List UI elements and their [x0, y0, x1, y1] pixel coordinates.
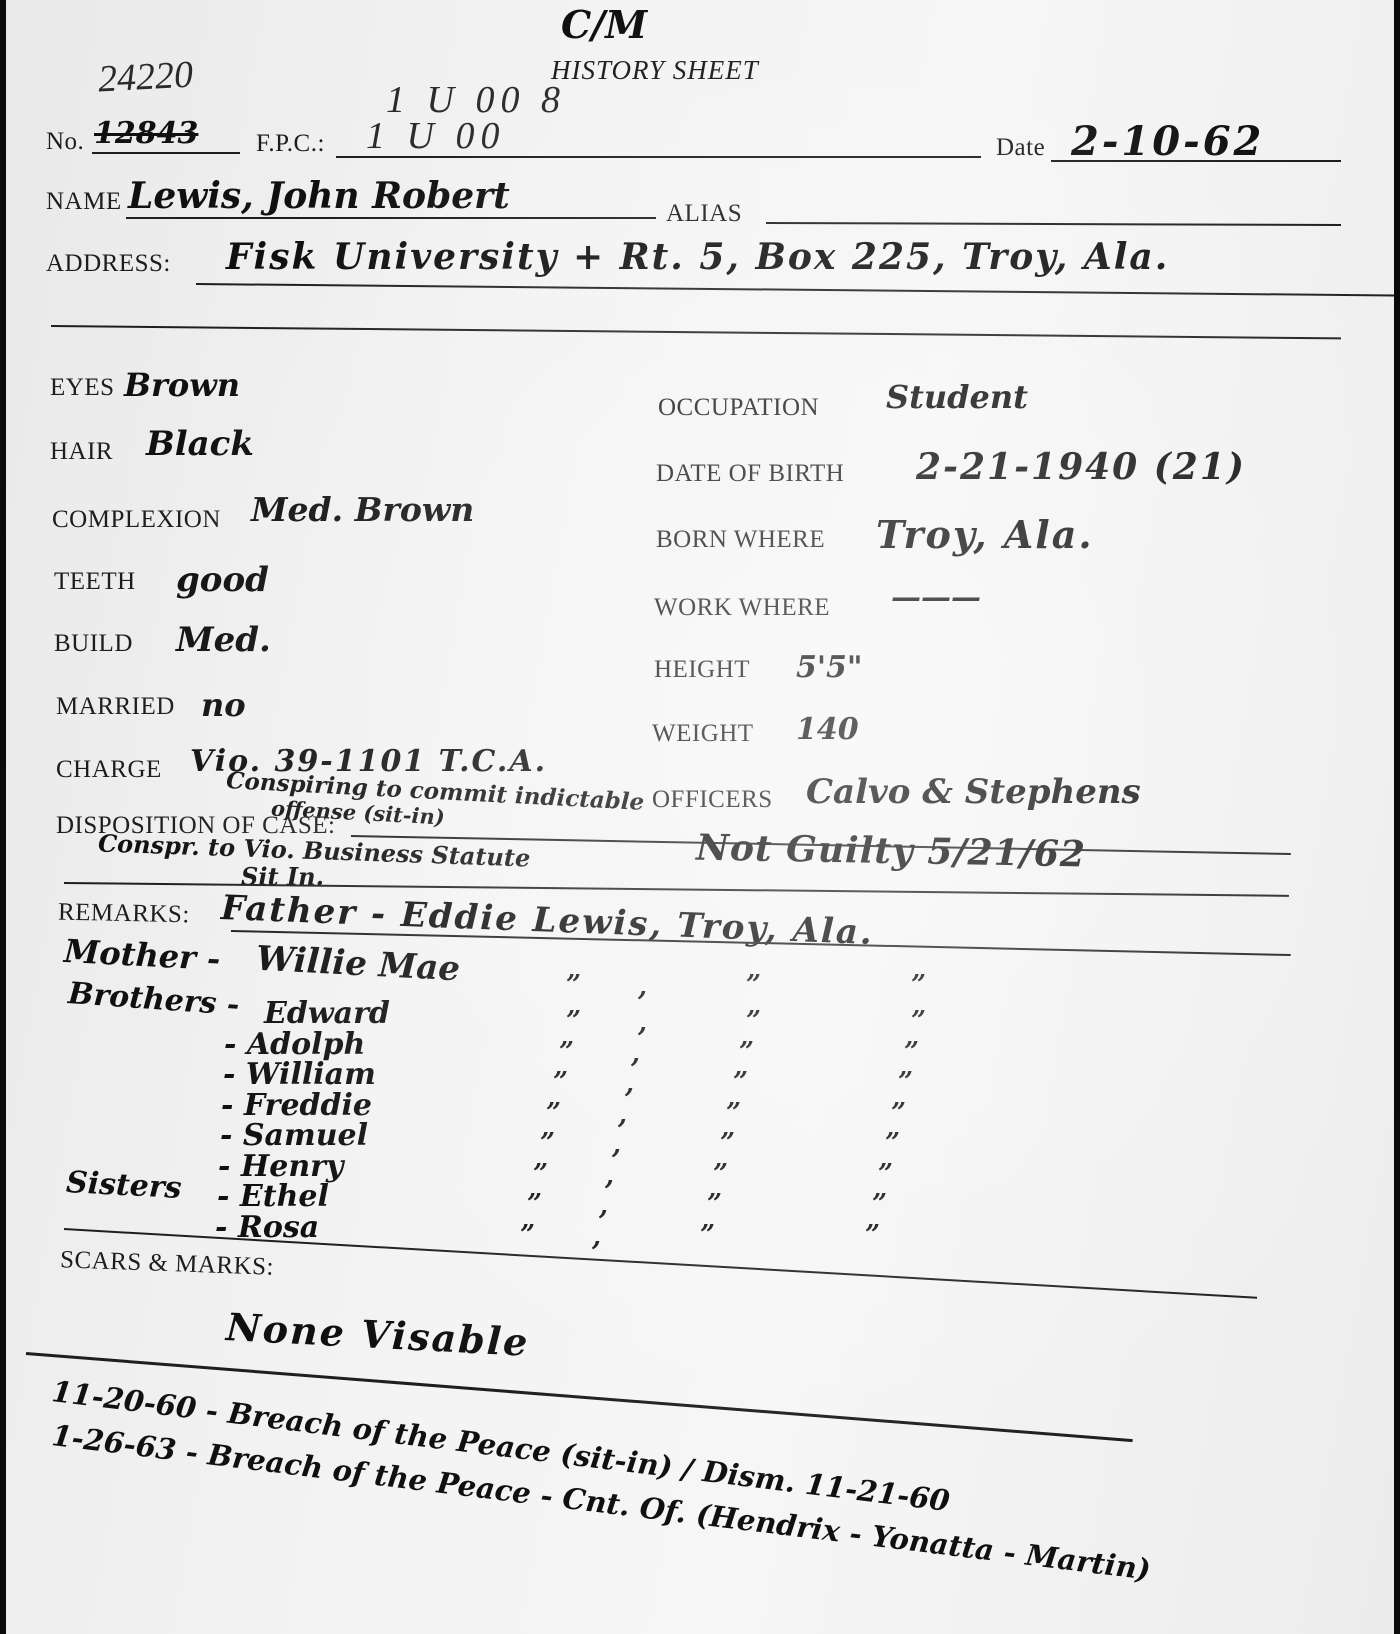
fpc-label: F.P.C.:	[256, 130, 325, 158]
married-value: no	[201, 686, 246, 724]
ditto-mark: ”	[566, 970, 581, 1000]
ditto-comma: ,	[631, 1039, 640, 1069]
ditto-mark: ”	[733, 1067, 748, 1097]
no-label: No.	[46, 128, 84, 156]
address-value: Fisk University + Rt. 5, Box 225, Troy, …	[226, 236, 1169, 278]
ditto-mark: ”	[872, 1189, 887, 1219]
dob-value: 2-21-1940 (21)	[916, 446, 1246, 488]
remarks-sisters-label: Sisters	[65, 1165, 182, 1206]
officers-label: OFFICERS	[652, 786, 773, 814]
scars-marks-label: SCARS & MARKS:	[60, 1246, 275, 1281]
complexion-label: COMPLEXION	[52, 506, 221, 534]
fpc-line-2: 1 U 00	[366, 114, 505, 158]
ditto-mark: ”	[911, 970, 926, 1000]
ditto-mark: ”	[546, 1098, 561, 1128]
name-value: Lewis, John Robert	[128, 175, 510, 217]
ditto-comma: ,	[638, 1008, 647, 1038]
eyes-label: EYES	[50, 374, 115, 402]
work-where-value: ———	[891, 580, 981, 615]
officers-value: Calvo & Stephens	[806, 772, 1141, 812]
ditto-mark: ”	[746, 970, 761, 1000]
occupation-value: Student	[886, 378, 1028, 416]
ditto-mark: ”	[700, 1220, 715, 1250]
occupation-label: OCCUPATION	[658, 394, 819, 422]
record-number-struck: 12843	[94, 116, 198, 151]
name-label: NAME	[46, 188, 122, 216]
teeth-value: good	[176, 560, 269, 600]
ditto-mark: ”	[559, 1037, 574, 1067]
work-where-label: WORK WHERE	[654, 594, 830, 622]
ditto-comma: ,	[592, 1222, 601, 1252]
ditto-comma: ,	[618, 1100, 627, 1130]
corner-mark: C/M	[561, 2, 647, 47]
remarks-mother-name: Willie Mae	[255, 939, 461, 990]
ditto-mark: ”	[540, 1128, 555, 1158]
build-value: Med.	[176, 620, 271, 660]
verdict-value: Not Guilty 5/21/62	[696, 827, 1087, 876]
alias-label: ALIAS	[666, 200, 742, 228]
remarks-label: REMARKS:	[58, 899, 190, 930]
weight-value: 140	[796, 712, 859, 747]
born-where-label: BORN WHERE	[656, 526, 825, 554]
ditto-mark: ”	[739, 1037, 754, 1067]
dob-label: DATE OF BIRTH	[656, 460, 844, 488]
ditto-mark: ”	[898, 1067, 913, 1097]
complexion-value: Med. Brown	[251, 490, 474, 529]
date-value: 2-10-62	[1071, 118, 1264, 165]
height-label: HEIGHT	[654, 656, 750, 684]
ditto-comma: ,	[625, 1069, 634, 1099]
build-label: BUILD	[54, 630, 133, 658]
sheet-title: HISTORY SHEET	[551, 55, 759, 86]
ditto-mark: ”	[527, 1189, 542, 1219]
ditto-mark: ”	[911, 1006, 926, 1036]
charge-label: CHARGE	[56, 756, 162, 784]
teeth-label: TEETH	[54, 568, 136, 596]
remarks-mother-label: Mother -	[63, 932, 221, 978]
ditto-mark: ”	[533, 1159, 548, 1189]
ditto-mark: ”	[707, 1189, 722, 1219]
height-value: 5'5"	[796, 650, 863, 685]
ditto-mark: ”	[746, 1006, 761, 1036]
ditto-mark: ”	[726, 1098, 741, 1128]
weight-label: WEIGHT	[652, 720, 754, 748]
date-label: Date	[996, 134, 1045, 162]
disposition-line-2: Sit In.	[241, 862, 324, 891]
ditto-mark: ”	[904, 1037, 919, 1067]
hair-label: HAIR	[50, 438, 113, 466]
scars-marks-value: None Visable	[225, 1304, 531, 1365]
ditto-mark: ”	[891, 1098, 906, 1128]
ditto-mark: ”	[713, 1159, 728, 1189]
record-number-new: 24220	[97, 53, 194, 102]
ditto-mark: ”	[720, 1128, 735, 1158]
ditto-comma: ,	[605, 1161, 614, 1191]
history-sheet: C/M HISTORY SHEET 24220 1 U 00 8 No. 128…	[6, 0, 1394, 1634]
address-label: ADDRESS:	[46, 250, 171, 278]
ditto-comma: ,	[638, 972, 647, 1002]
hair-value: Black	[146, 424, 254, 464]
ditto-mark: ”	[553, 1067, 568, 1097]
ditto-mark: ”	[520, 1220, 535, 1250]
ditto-comma: ,	[599, 1191, 608, 1221]
married-label: MARRIED	[56, 693, 175, 721]
ditto-mark: ”	[878, 1159, 893, 1189]
remarks-brothers-label: Brothers -	[67, 976, 241, 1023]
ditto-mark: ”	[865, 1220, 880, 1250]
eyes-value: Brown	[124, 366, 240, 404]
ditto-mark: ”	[566, 1006, 581, 1036]
ditto-mark: ”	[885, 1128, 900, 1158]
ditto-comma: ,	[612, 1130, 621, 1160]
born-where-value: Troy, Ala.	[876, 512, 1094, 557]
